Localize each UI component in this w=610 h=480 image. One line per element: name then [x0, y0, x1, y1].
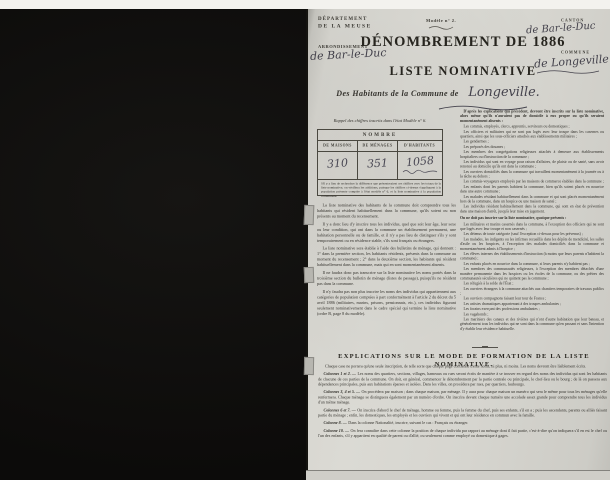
paragraph-lead: Colonnes 3, 4 et 5. —: [324, 390, 361, 395]
paragraph-body: On fera connaître dans cette colonne la …: [318, 428, 607, 438]
illegible-handwritten-note: [402, 168, 438, 175]
paragraph: La liste nominative sera établie à l'aid…: [317, 246, 456, 268]
maisons-handwritten-value: 310: [318, 156, 358, 172]
department-name: DE LA MEUSE: [318, 23, 372, 29]
list-item: Les militaires et marins casernés dans l…: [460, 222, 604, 231]
paragraph: La liste nominative des habitants de la …: [317, 203, 456, 219]
summary-table-caption: Rappel des chiffres inscrits dans l'état…: [317, 118, 443, 123]
column-header-maisons: DE MAISONS: [318, 143, 357, 148]
summary-table: NOMBRE DE MAISONS DE MÉNAGES D'HABITANTS…: [317, 129, 443, 196]
explanation-paragraph: Colonne 10. —On fera connaître dans cett…: [318, 428, 607, 438]
commune-name-handwritten: Longeville.: [468, 84, 539, 99]
paragraph-body: On inscrira d'abord le chef de ménage, h…: [318, 408, 607, 418]
summary-table-group-header: NOMBRE: [318, 132, 442, 138]
paragraph-lead: Colonne 8. —: [324, 421, 347, 426]
list-item: Les artistes dramatiques appartenant à d…: [460, 301, 604, 306]
paragraph: Il ne faudra donc pas transcrire sur la …: [317, 271, 456, 287]
explanation-paragraph: Colonnes 1 et 2. —Les noms des quartiers…: [318, 372, 607, 388]
menages-handwritten-value: 351: [358, 156, 398, 171]
list-item: Les vagabonds ;: [460, 312, 604, 317]
list-item: Les enfants dont les parents habitent la…: [460, 184, 604, 193]
binding-tape: [304, 357, 314, 375]
model-underline-flourish: [428, 25, 454, 30]
list-item: Les ouvriers compagnons faisant leur tou…: [460, 296, 604, 301]
column-header-menages: DE MÉNAGES: [358, 143, 397, 148]
department-label: DÉPARTEMENT: [318, 16, 367, 22]
list-item: Les malades, les indigents ou les infirm…: [460, 237, 604, 251]
census-page: DÉPARTEMENT DE LA MEUSE ARRONDISSEMENT d…: [306, 9, 610, 470]
right-column-text: D'après les explications qui précèdent, …: [460, 109, 604, 332]
explanation-paragraph: Colonnes 3, 4 et 5. —On procédera par ma…: [318, 390, 607, 406]
list-item: Les mariniers des canaux et des rivières…: [460, 317, 604, 331]
paragraph-body: Chaque case ne portera qu'une seule insc…: [325, 364, 586, 369]
list-item: Les élèves internes des établissements d…: [460, 251, 604, 260]
summary-table-values-row: 310 351 1058: [318, 152, 442, 180]
paragraph-lead: Colonnes 1 et 2. —: [324, 372, 356, 377]
paragraph-body: Les noms des quartiers, sections, villag…: [318, 372, 607, 387]
list-item: Les officiers et militaires qui ne sont …: [460, 129, 604, 138]
binding-tape: [304, 267, 315, 283]
paragraph-body: Dans la colonne Nationalité, inscrire, s…: [348, 421, 468, 426]
list-item: Les forains exerçant des professions amb…: [460, 307, 604, 312]
list-item: Les réfugiés à la solde de l'État ;: [460, 281, 604, 286]
list-subtitle-line: Des Habitants de la Commune de Longevill…: [318, 84, 558, 100]
list-subtitle: Des Habitants de la Commune de: [336, 90, 458, 99]
list-item: Les enfants placés en nourrice dans la c…: [460, 261, 604, 266]
list-item: Les commis, employés, clercs, apprentis,…: [460, 124, 604, 129]
paragraph: Il n'y faudra pas non plus inscrire les …: [317, 289, 456, 316]
summary-table-footnote: S'il y a lieu de rechercher la différenc…: [321, 182, 441, 198]
list-item: Les membres des communautés religieuses,…: [460, 267, 604, 281]
main-title: DÉNOMBREMENT DE 1886: [356, 34, 570, 51]
model-reference: Modèle n° 2.: [426, 18, 456, 23]
scanned-census-document: DÉPARTEMENT DE LA MEUSE ARRONDISSEMENT d…: [0, 0, 610, 480]
explanation-paragraph: Chaque case ne portera qu'une seule insc…: [318, 364, 607, 369]
inclusion-intro: D'après les explications qui précèdent, …: [460, 109, 604, 123]
list-item: Les individus résidant habituellement da…: [460, 204, 604, 213]
summary-table-header-row: DE MAISONS DE MÉNAGES D'HABITANTS: [318, 141, 442, 152]
list-item: Les préposés des douanes ;: [460, 144, 604, 149]
list-item: Les individus qui sont en voyage pour ra…: [460, 159, 604, 168]
paragraph: Il y a donc lieu d'y inscrire tous les i…: [317, 222, 456, 244]
summary-table-footnote-row: S'il y a lieu de rechercher la différenc…: [318, 180, 442, 198]
list-item: Les détenus de toute catégorie (sauf l'e…: [460, 232, 604, 237]
paragraph-lead: Colonne 10. —: [324, 428, 350, 433]
list-item: Les commis-voyageurs employés par les ma…: [460, 179, 604, 184]
binding-tape: [304, 205, 315, 225]
paragraph-lead: Colonnes 6 et 7. —: [324, 408, 356, 413]
explanation-paragraph: Colonne 8. —Dans la colonne Nationalité,…: [318, 421, 607, 426]
summary-table-group-row: NOMBRE: [318, 130, 442, 141]
list-item: Les ouvriers domiciliés dans la commune …: [460, 169, 604, 178]
left-column-text: La liste nominative des habitants de la …: [317, 203, 456, 319]
explanation-paragraph: Colonnes 6 et 7. —On inscrira d'abord le…: [318, 408, 607, 418]
page-bottom-edge: [306, 470, 610, 480]
explanations-text: Chaque case ne portera qu'une seule insc…: [318, 364, 607, 441]
list-title: LISTE NOMINATIVE: [363, 64, 563, 79]
section-divider: [472, 347, 498, 348]
exclusion-header: On ne doit pas inscrire sur la liste nom…: [460, 216, 604, 221]
list-item: Les malades résidant habituellement dans…: [460, 194, 604, 203]
list-item: Les membres des congrégations religieuse…: [460, 150, 604, 159]
paragraph-body: On procédera par maison ; dans chaque ma…: [318, 390, 607, 405]
column-header-habitants: D'HABITANTS: [398, 143, 441, 148]
list-item: Les gendarmes ;: [460, 139, 604, 144]
list-item: Les ouvriers étrangers à la commune atta…: [460, 286, 604, 295]
